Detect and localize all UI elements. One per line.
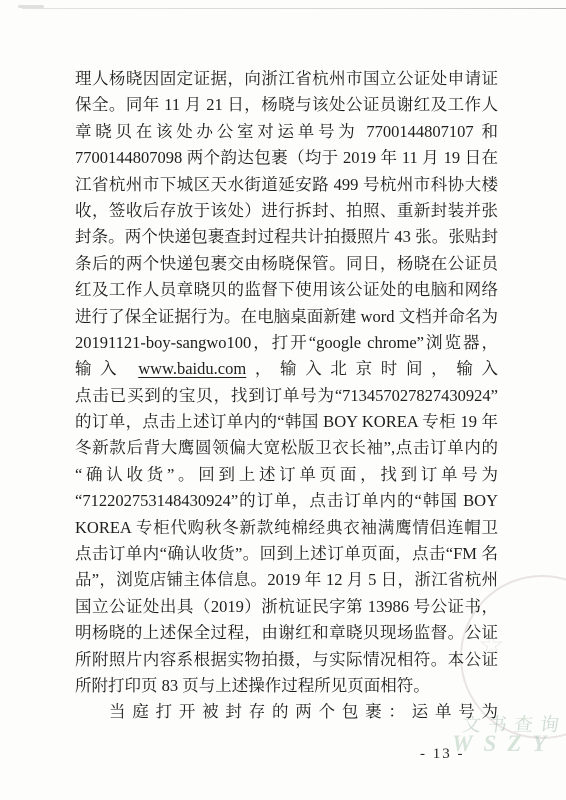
text-segment: 章晓贝在该处办公室对运单号为 7700144807107 和 xyxy=(75,122,498,141)
text-segment: “确认收货”。回到上述订单页面，找到订单号为 xyxy=(75,465,498,484)
text-line: 进行了保全证据行为。在电脑桌面新建 word 文档并命名为 xyxy=(75,304,498,330)
text-segment: 20191121-boy-sangwo100，打开“google chrome”… xyxy=(75,333,498,352)
text-segment: 保全。同年 11 月 21 日，杨晓与该处公证员谢红及工作人员 xyxy=(75,95,498,118)
page-number: - 13 - xyxy=(420,746,465,763)
text-line: 的订单，点击上述订单内的“韩国 BOY KOREA 专柜 19 年秋 xyxy=(75,409,498,435)
text-line: 点击已买到的宝贝，找到订单号为“713457027827430924” xyxy=(75,383,498,409)
text-line: 章晓贝在该处办公室对运单号为 7700144807107 和 xyxy=(75,119,498,145)
text-segment: KOREA 专柜代购秋冬新款纯棉经典衣袖满鹰情侣连帽卫衣”, xyxy=(75,518,498,541)
text-line: 所附照片内容系根据实物拍摄，与实际情况相符。本公证书 xyxy=(75,647,498,673)
text-segment: 国立公证处出具（2019）浙杭证民字第 13986 号公证书，证 xyxy=(75,597,498,620)
text-segment: 所附照片内容系根据实物拍摄，与实际情况相符。本公证书 xyxy=(75,650,498,673)
text-segment: 收，签收后存放于该处）进行拆封、拍照、重新封装并张贴 xyxy=(75,201,498,224)
text-line: 保全。同年 11 月 21 日，杨晓与该处公证员谢红及工作人员 xyxy=(75,92,498,118)
text-segment: 红及工作人员章晓贝的监督下使用该公证处的电脑和网络 xyxy=(75,280,498,299)
text-segment: 明杨晓的上述保全过程，由谢红和章晓贝现场监督。公证书 xyxy=(75,623,498,646)
text-line: 输入 www.baidu.com，输入北京时间，输入 www.taobao.co… xyxy=(75,356,498,382)
text-segment: 条后的两个快递包裹交由杨晓保管。同日，杨晓在公证员谢 xyxy=(75,254,498,277)
text-segment: 点击已买到的宝贝，找到订单号为“713457027827430924” xyxy=(75,386,498,405)
text-segment: ，输入北京时间，输入 xyxy=(246,359,498,378)
text-line: 理人杨晓因固定证据，向浙江省杭州市国立公证处申请证据 xyxy=(75,66,498,92)
text-line: “确认收货”。回到上述订单页面，找到订单号为 xyxy=(75,462,498,488)
text-line: 红及工作人员章晓贝的监督下使用该公证处的电脑和网络 xyxy=(75,277,498,303)
text-line: 当庭打开被封存的两个包裹：运单号为 7700144807107 xyxy=(75,699,498,725)
text-segment: 冬新款后背大鹰圆领偏大宽松版卫衣长袖”,点击订单内的 xyxy=(75,438,498,457)
text-segment: 进行了保全证据行为。在电脑桌面新建 word 文档并命名为 xyxy=(75,307,498,326)
scan-edge-line xyxy=(22,8,566,9)
text-segment: “712202753148430924”的订单，点击订单内的“韩国 BOY xyxy=(75,491,498,510)
text-line: 收，签收后存放于该处）进行拆封、拍照、重新封装并张贴 xyxy=(75,198,498,224)
text-line: KOREA 专柜代购秋冬新款纯棉经典衣袖满鹰情侣连帽卫衣”, xyxy=(75,515,498,541)
text-line: 冬新款后背大鹰圆领偏大宽松版卫衣长袖”,点击订单内的 xyxy=(75,435,498,461)
text-segment: 品”，浏览店铺主体信息。2019 年 12 月 5 日，浙江省杭州市 xyxy=(75,570,498,593)
scanned-document-page: ☆ 理人杨晓因固定证据，向浙江省杭州市国立公证处申请证据保全。同年 11 月 2… xyxy=(0,0,566,800)
text-segment: 点击订单内“确认收货”。回到上述订单页面，点击“FM 名 xyxy=(75,544,498,563)
document-body-text: 理人杨晓因固定证据，向浙江省杭州市国立公证处申请证据保全。同年 11 月 21 … xyxy=(75,66,498,726)
text-line: 江省杭州市下城区天水街道延安路 499 号杭州市科协大楼签 xyxy=(75,172,498,198)
url-text: www.baidu.com xyxy=(138,359,246,378)
text-line: 封条。两个快递包裹查封过程共计拍摄照片 43 张。张贴封 xyxy=(75,224,498,250)
bleedthrough-watermark-letters: WSZY xyxy=(452,731,557,757)
text-segment: 理人杨晓因固定证据，向浙江省杭州市国立公证处申请证据 xyxy=(75,69,498,92)
text-line: 明杨晓的上述保全过程，由谢红和章晓贝现场监督。公证书 xyxy=(75,620,498,646)
text-segment: 封条。两个快递包裹查封过程共计拍摄照片 43 张。张贴封 xyxy=(75,227,498,246)
text-line: 国立公证处出具（2019）浙杭证民字第 13986 号公证书，证 xyxy=(75,594,498,620)
text-segment: 江省杭州市下城区天水街道延安路 499 号杭州市科协大楼签 xyxy=(75,175,498,198)
text-segment: 所附打印页 83 页与上述操作过程所见页面相符。 xyxy=(75,676,430,695)
text-segment: 输入 xyxy=(75,359,138,378)
text-line: 条后的两个快递包裹交由杨晓保管。同日，杨晓在公证员谢 xyxy=(75,251,498,277)
text-line: “712202753148430924”的订单，点击订单内的“韩国 BOY xyxy=(75,488,498,514)
text-line: 20191121-boy-sangwo100，打开“google chrome”… xyxy=(75,330,498,356)
text-segment: 当庭打开被封存的两个包裹：运单号为 7700144807107 xyxy=(109,702,498,725)
text-line: 点击订单内“确认收货”。回到上述订单页面，点击“FM 名 xyxy=(75,541,498,567)
text-segment: 7700144807098 两个韵达包裹（均于 2019 年 11 月 19 日… xyxy=(75,148,498,171)
text-segment: 的订单，点击上述订单内的“韩国 BOY KOREA 专柜 19 年秋 xyxy=(75,412,498,435)
text-line: 所附打印页 83 页与上述操作过程所见页面相符。 xyxy=(75,673,498,699)
text-line: 品”，浏览店铺主体信息。2019 年 12 月 5 日，浙江省杭州市 xyxy=(75,567,498,593)
text-line: 7700144807098 两个韵达包裹（均于 2019 年 11 月 19 日… xyxy=(75,145,498,171)
